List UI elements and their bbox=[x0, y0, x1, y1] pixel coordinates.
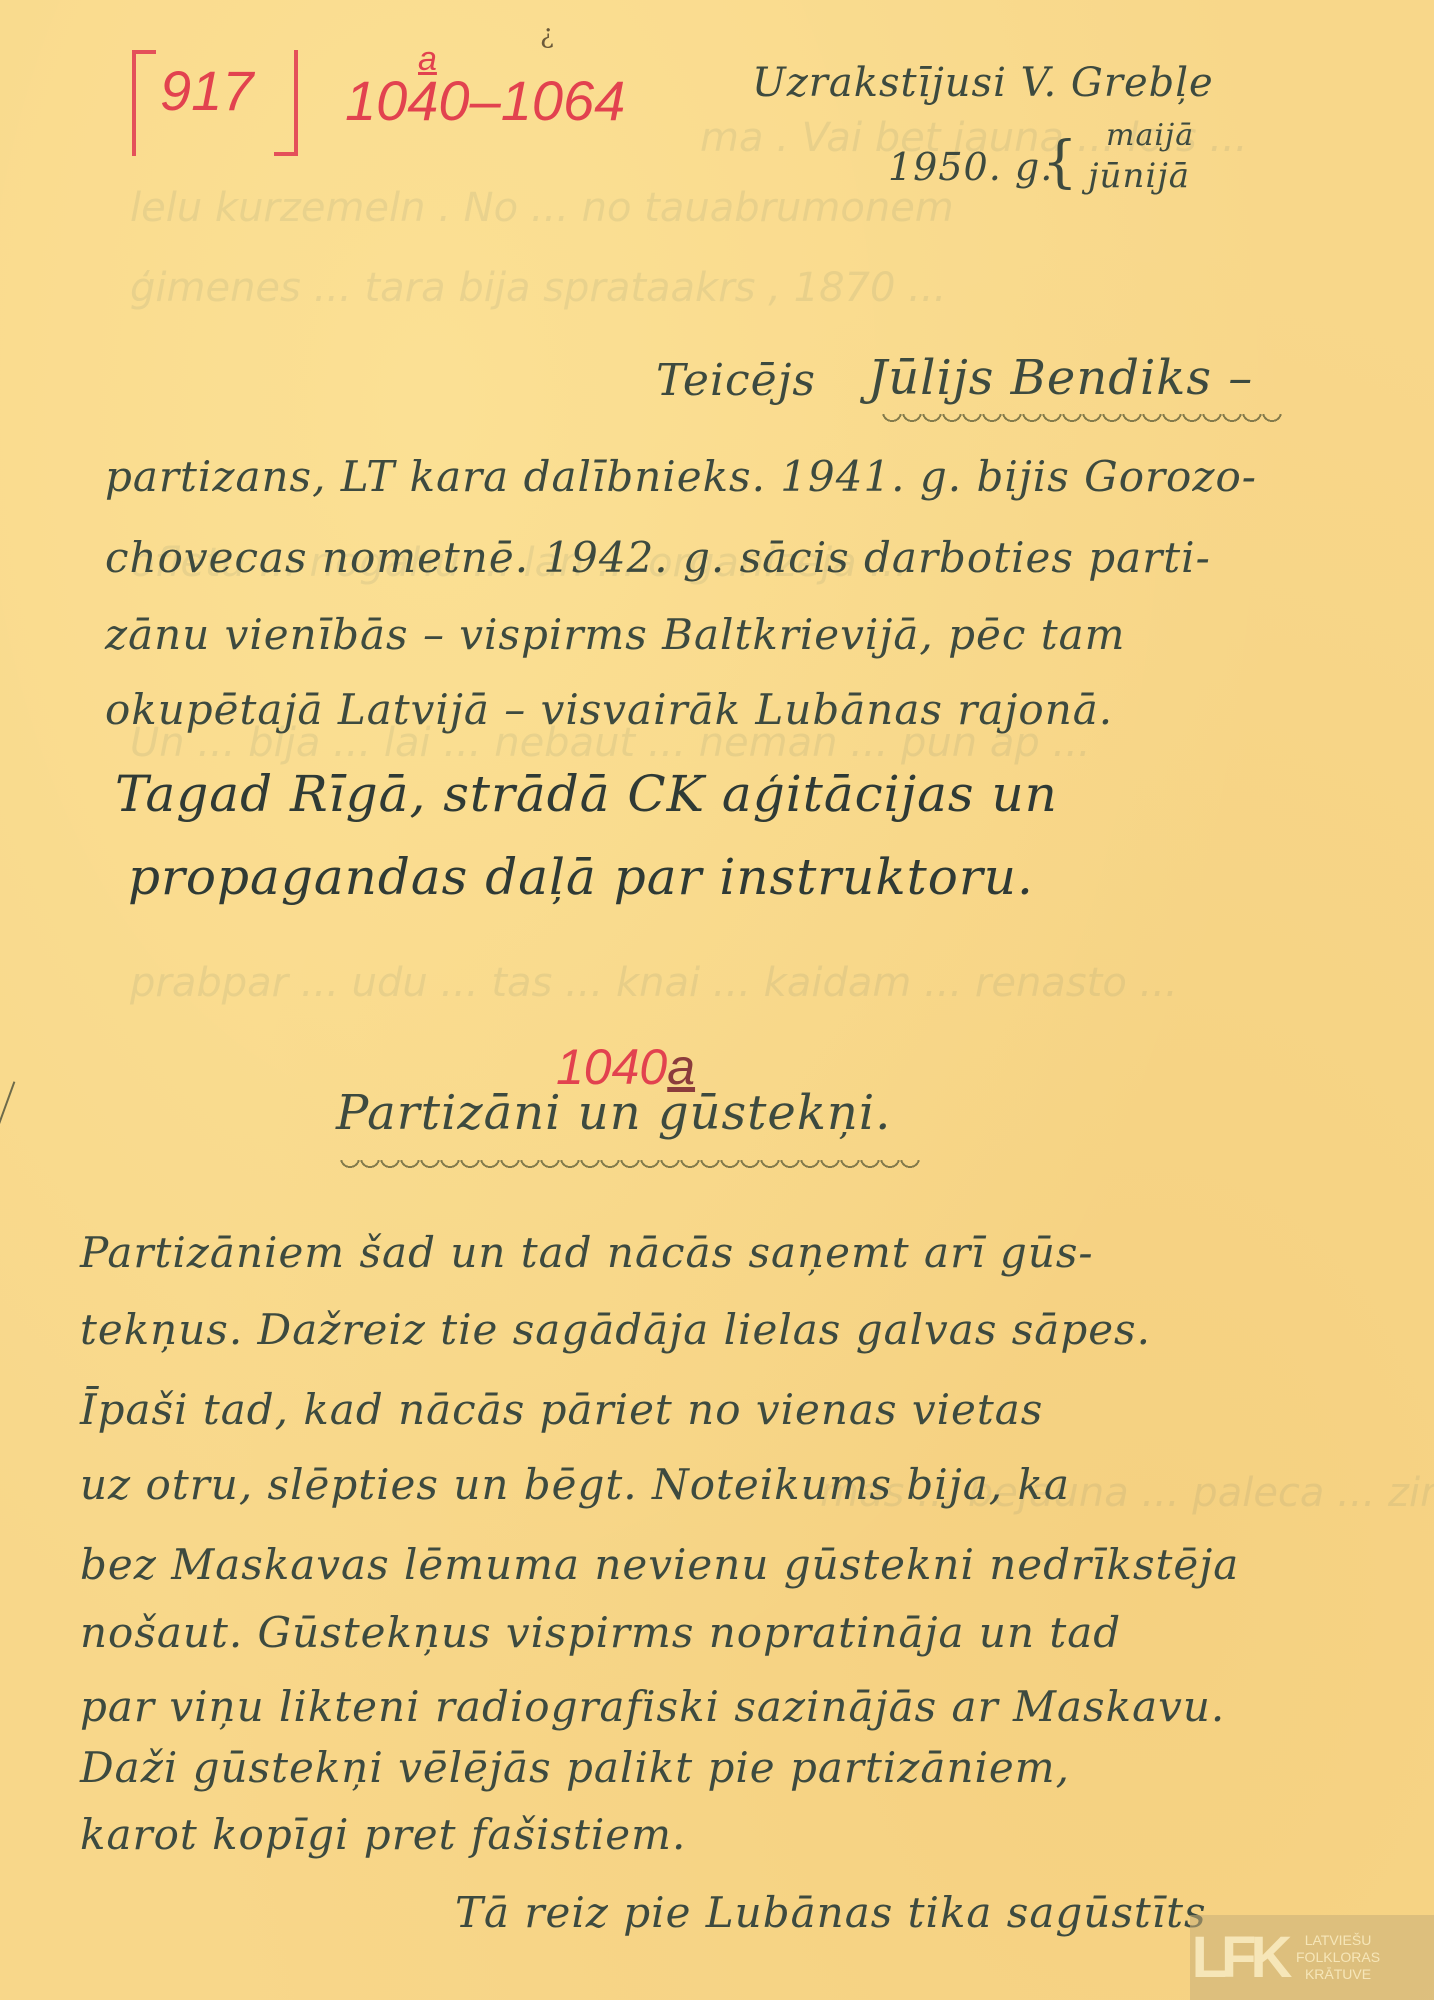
bleed-through-text: prabpar ... udu ... tas ... knai ... kai… bbox=[130, 960, 1178, 1006]
bleed-through-text: lelu kurzemeln . No ... no tauabrumonem bbox=[130, 185, 954, 231]
body-line-6: nošaut. Gūstekņus vispirms nopratināja u… bbox=[80, 1608, 1121, 1657]
body-line-3: Īpaši tad, kad nācās pāriet no vienas vi… bbox=[80, 1385, 1043, 1434]
item-range: 1040–1064 bbox=[345, 68, 625, 133]
recorder-line: Uzrakstījusi V. Grebļe bbox=[752, 60, 1214, 106]
bio-line-3: zānu vienībās – vispirms Baltkrievijā, p… bbox=[105, 610, 1125, 659]
range-end: 1064 bbox=[501, 69, 626, 132]
watermark-line-2: FOLKLORAS bbox=[1296, 1949, 1380, 1966]
tick-mark: ¿ bbox=[540, 20, 554, 50]
body-line-9: karot kopīgi pret fašistiem. bbox=[80, 1810, 686, 1859]
watermark-line-1: LATVIEŠU bbox=[1296, 1932, 1380, 1949]
brace-mark: { bbox=[1042, 130, 1079, 195]
bio-line-5: Tagad Rīgā, strādā CK aģitācijas un bbox=[115, 765, 1058, 823]
body-line-8: Daži gūstekņi vēlējās palikt pie partizā… bbox=[80, 1743, 1070, 1792]
informant-label: Teicējs bbox=[656, 355, 816, 406]
informant-name: Jūlijs Bendiks – bbox=[868, 350, 1253, 406]
recording-year: 1950. g. bbox=[888, 145, 1053, 189]
body-line-5: bez Maskavas lēmuma nevienu gūstekni ned… bbox=[80, 1540, 1239, 1589]
manuscript-page: ma . Vai bet jauna ... lo.s ... lelu kur… bbox=[0, 0, 1434, 2000]
body-line-10: Tā reiz pie Lubānas tika sagūstīts bbox=[455, 1888, 1207, 1937]
margin-pencil-mark bbox=[0, 1081, 15, 1133]
bio-line-2: chovecas nometnē. 1942. g. sācis darboti… bbox=[105, 533, 1211, 582]
range-superscript: a bbox=[418, 40, 437, 79]
range-start: 1040 bbox=[345, 69, 470, 132]
range-separator: – bbox=[470, 69, 501, 132]
bio-line-4: okupētajā Latvijā – visvairāk Lubānas ra… bbox=[105, 685, 1113, 734]
section-title-underline bbox=[340, 1160, 920, 1170]
recording-month-2: jūnijā bbox=[1088, 156, 1190, 196]
body-line-1: Partizāniem šad un tad nācās saņemt arī … bbox=[80, 1228, 1094, 1277]
archive-watermark-text: LATVIEŠU FOLKLORAS KRĀTUVE bbox=[1288, 1932, 1380, 1983]
bio-line-6: propagandas daļā par instruktoru. bbox=[128, 848, 1034, 906]
recording-month-1: maijā bbox=[1106, 118, 1194, 153]
watermark-line-3: KRĀTUVE bbox=[1296, 1966, 1380, 1983]
body-line-7: par viņu likteni radiografiski sazinājās… bbox=[80, 1682, 1225, 1731]
bio-line-1: partizans, LT kara dalībnieks. 1941. g. … bbox=[105, 452, 1257, 501]
bleed-through-text: ģimenes ... tara bija sprataakrs , 1870 … bbox=[130, 265, 946, 311]
section-title: Partizāni un gūstekņi. bbox=[336, 1085, 891, 1141]
body-line-2: tekņus. Dažreiz tie sagādāja lielas galv… bbox=[80, 1305, 1151, 1354]
informant-name-underline bbox=[882, 414, 1282, 424]
archive-watermark: LFK LATVIEŠU FOLKLORAS KRĀTUVE bbox=[1190, 1915, 1434, 2000]
archive-logo-icon: LFK bbox=[1190, 1915, 1288, 2000]
archive-number: 917 bbox=[160, 58, 253, 123]
body-line-4: uz otru, slēpties un bēgt. Noteikums bij… bbox=[80, 1460, 1070, 1509]
